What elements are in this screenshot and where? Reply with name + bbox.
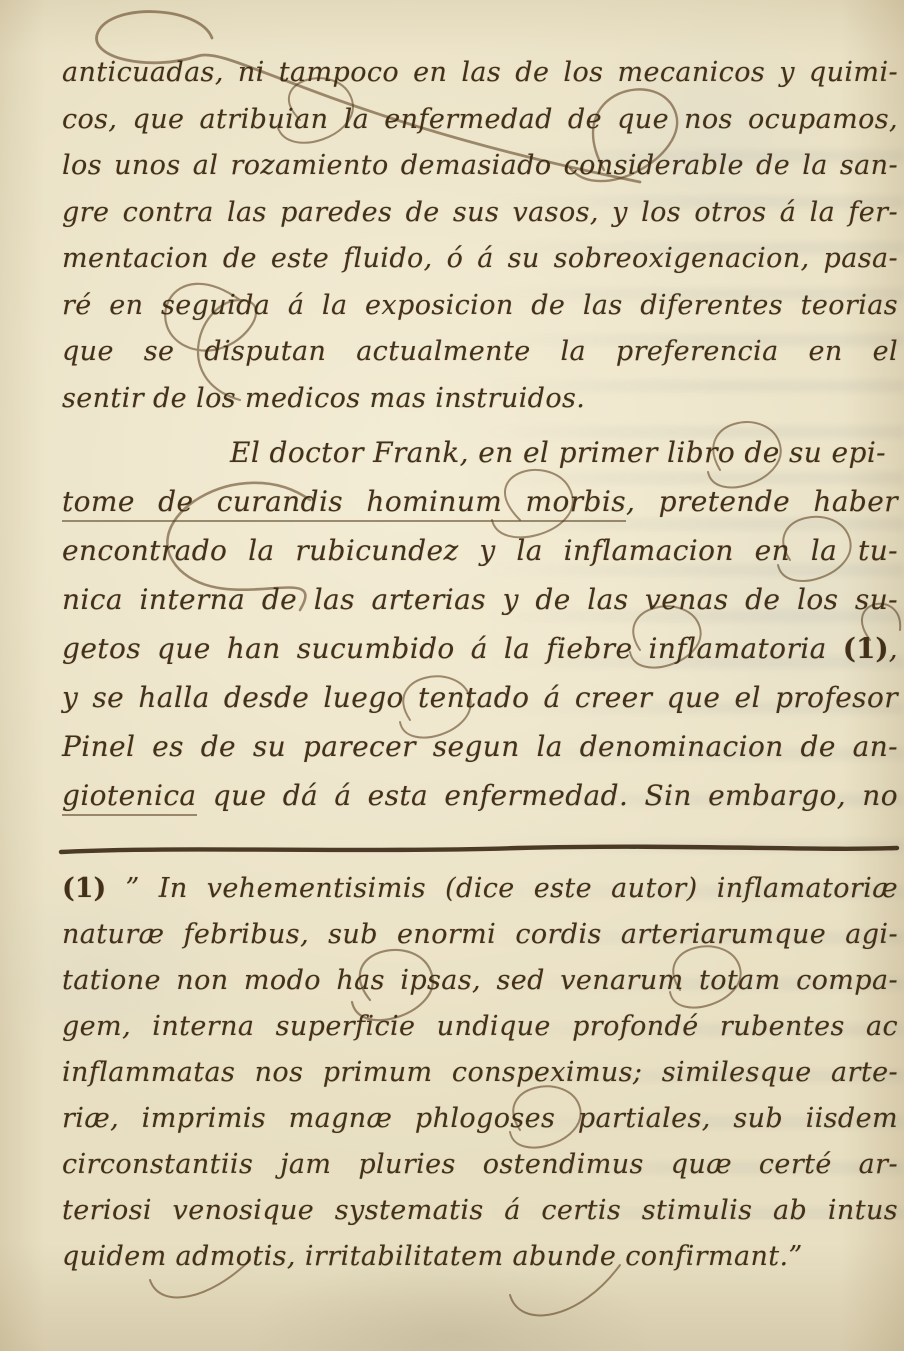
manuscript-line-text: getos que han sucumbido á la fiebre infl… [62, 632, 843, 665]
manuscript-line: y se halla desde luego tentado á creer q… [62, 673, 898, 722]
manuscript-line-text: que dá á esta enfermedad. Sin embargo, n… [197, 779, 898, 812]
manuscript-line: nica interna de las arterias y de las ve… [62, 575, 898, 624]
manuscript-line: mentacion de este fluido, ó á su sobreox… [62, 236, 898, 283]
separator-stroke [58, 842, 900, 858]
manuscript-line: encontrado la rubicundez y la inflamacio… [62, 526, 898, 575]
footnote-block: (1) ” In vehementisimis (dice este autor… [62, 866, 898, 1280]
manuscript-line: que se disputan actualmente la preferenc… [62, 329, 898, 376]
manuscript-line: riæ, imprimis magnæ phlogoses partiales,… [62, 1096, 898, 1142]
manuscript-line: Pinel es de su parecer segun la denomina… [62, 722, 898, 771]
manuscript-line: tome de curandis hominum morbis, pretend… [62, 477, 898, 526]
manuscript-line-text: , pretende haber [626, 485, 898, 518]
manuscript-line: inflammatas nos primum conspeximus; simi… [62, 1050, 898, 1096]
footnote-reference-marker: (1) [843, 632, 889, 665]
manuscript-line-text: , [889, 632, 898, 665]
underlined-latin-title: tome de curandis hominum morbis [62, 485, 626, 522]
manuscript-line: gre contra las paredes de sus vasos, y l… [62, 190, 898, 237]
manuscript-line: quidem admotis, irritabilitatem abunde c… [62, 1234, 898, 1280]
footnote-separator-line [58, 842, 900, 858]
manuscript-line: circonstantiis jam pluries ostendimus qu… [62, 1142, 898, 1188]
manuscript-line: anticuadas, ni tampoco en las de los mec… [62, 50, 898, 97]
manuscript-line: sentir de los medicos mas instruidos. [62, 376, 898, 423]
footnote-marker: (1) [62, 873, 106, 904]
manuscript-line: ré en seguida á la exposicion de las dif… [62, 283, 898, 330]
manuscript-line: los unos al rozamiento demasiado conside… [62, 143, 898, 190]
manuscript-line: cos, que atribuian la enfermedad de que … [62, 97, 898, 144]
underlined-term: giotenica [62, 779, 197, 816]
manuscript-line: teriosi venosique systematis á certis st… [62, 1188, 898, 1234]
manuscript-line: getos que han sucumbido á la fiebre infl… [62, 624, 898, 673]
manuscript-page: anticuadas, ni tampoco en las de los mec… [0, 0, 904, 1351]
main-text-paragraph-2: El doctor Frank, en el primer libro de s… [62, 428, 898, 820]
manuscript-line: gem, interna superficie undique profondé… [62, 1004, 898, 1050]
manuscript-line: giotenica que dá á esta enfermedad. Sin … [62, 771, 898, 820]
manuscript-line: (1) ” In vehementisimis (dice este autor… [62, 866, 898, 912]
manuscript-line: El doctor Frank, en el primer libro de s… [62, 428, 898, 477]
manuscript-line: tatione non modo has ipsas, sed venarum … [62, 958, 898, 1004]
main-text-paragraph-1: anticuadas, ni tampoco en las de los mec… [62, 50, 898, 422]
manuscript-line-text: ” In vehementisimis (dice este autor) in… [106, 873, 898, 904]
manuscript-line: naturæ febribus, sub enormi cordis arter… [62, 912, 898, 958]
